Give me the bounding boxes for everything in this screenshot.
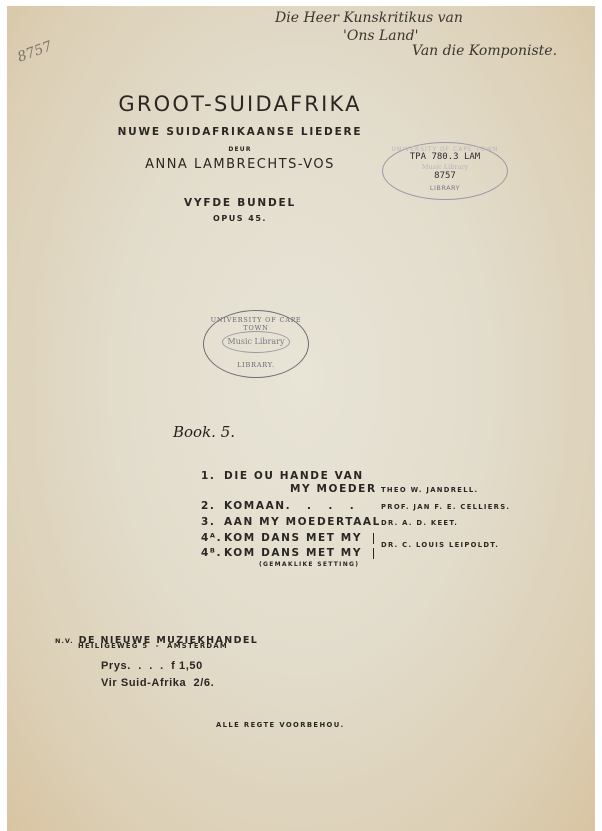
publisher-prefix: N.V. — [55, 637, 74, 645]
song-2-number: 2. — [201, 500, 216, 512]
song-1-title-line2: MY MOEDER — [290, 483, 377, 495]
handwritten-dedication-line2: 'Ons Land' — [343, 28, 418, 44]
handwritten-book-note: Book. 5. — [173, 423, 235, 441]
song-2-poet: PROF. JAN F. E. CELLIERS. — [381, 503, 510, 511]
cover-subtitle: NUWE SUIDAFRIKAANSE LIEDERE — [15, 126, 465, 138]
handwritten-dedication-line3: Van die Komponiste. — [412, 43, 557, 59]
song-4a-title: KOM DANS MET MY — [224, 532, 362, 544]
stamp-ring-text: UNIVERSITY OF CAPE TOWN — [204, 316, 308, 332]
music-library-stamp: UNIVERSITY OF CAPE TOWN Music Library LI… — [203, 310, 309, 378]
song-4-poet: DR. C. LOUIS LEIPOLDT. — [381, 541, 499, 549]
bracket-4a — [370, 533, 374, 544]
song-2-title: KOMAAN. . . . — [224, 500, 355, 512]
price-line1: Prys. . . . f 1,50 — [101, 660, 203, 672]
song-3-number: 3. — [201, 516, 216, 528]
cover-opus: OPUS 45. — [15, 214, 465, 223]
song-3-poet: DR. A. D. KEET. — [381, 519, 458, 527]
pencil-accession-number: 8757 — [15, 38, 54, 65]
song-4b-note: (GEMAKLIKE SETTING) — [259, 561, 359, 568]
song-1-title-line1: DIE OU HANDE VAN — [224, 470, 364, 482]
song-4a-number: 4ᴬ. — [201, 532, 222, 544]
stamp-accession: 8757 — [383, 171, 507, 181]
score-cover-page: Die Heer Kunskritikus van 'Ons Land' Van… — [7, 6, 595, 831]
song-4b-number: 4ᴮ. — [201, 547, 222, 559]
publisher-address: HEILIGEWEG 5 - AMSTERDAM — [78, 642, 228, 650]
stamp-inner: Music Library — [222, 331, 290, 353]
library-stamp-shelfmark: UNIVERSITY OF CAPE TOWN TPA 780.3 LAM Mu… — [382, 142, 508, 200]
song-4b-title: KOM DANS MET MY — [224, 547, 362, 559]
bracket-4b — [370, 548, 374, 559]
handwritten-dedication-line1: Die Heer Kunskritikus van — [275, 10, 463, 26]
stamp-bottom: LIBRARY. — [204, 361, 308, 369]
price-line2: Vir Suid-Afrika 2/6. — [101, 677, 214, 689]
song-1-poet: THEO W. JANDRELL. — [381, 486, 478, 494]
stamp-bottom: LIBRARY — [383, 184, 507, 192]
rights-reserved: ALLE REGTE VOORBEHOU. — [216, 721, 345, 729]
cover-volume: VYFDE BUNDEL — [15, 197, 465, 209]
stamp-shelfmark: TPA 780.3 LAM — [383, 152, 507, 162]
stamp-inner: Music Library — [383, 163, 507, 171]
cover-title: GROOT-SUIDAFRIKA — [15, 92, 465, 116]
song-1-number: 1. — [201, 470, 216, 482]
song-3-title: AAN MY MOEDERTAAL — [224, 516, 381, 528]
